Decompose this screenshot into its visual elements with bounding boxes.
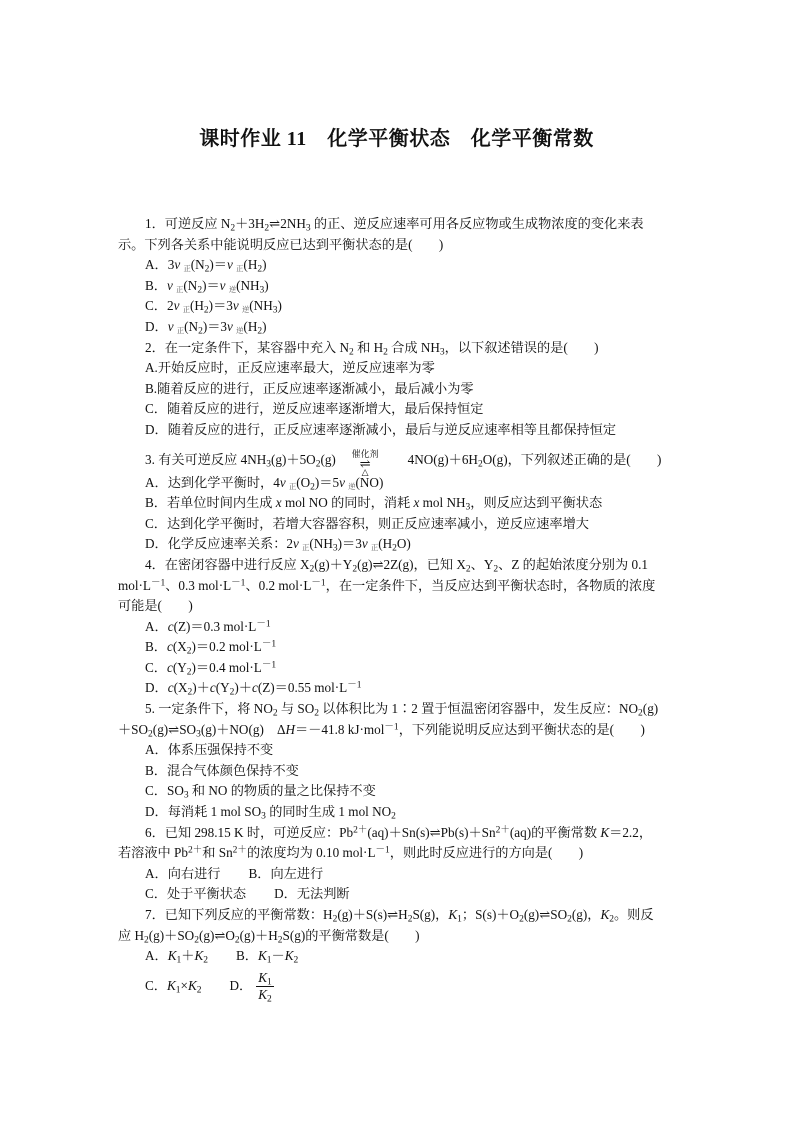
question-7: 7．已知下列反应的平衡常数：H2(g)＋S(s)⇌H2S(g)，K1；S(s)＋…: [118, 905, 678, 1005]
option-row: C．K1×K2D．K1K2: [118, 967, 678, 1005]
option-b[interactable]: B．混合气体颜色保持不变: [118, 761, 678, 782]
question-stem: 3. 有关可逆反应 4NH3(g)＋5O2(g) 催化剂 ⇌ △ 4NO(g)＋…: [118, 447, 678, 473]
option-row: C．处于平衡状态D．无法判断: [118, 884, 678, 905]
option-b[interactable]: B．K1－K2: [236, 948, 298, 963]
question-stem: 4．在密闭容器中进行反应 X2(g)＋Y2(g)⇌2Z(g)，已知 X2、Y2、…: [118, 555, 678, 576]
option-d[interactable]: D．每消耗 1 mol SO3 的同时生成 1 mol NO2: [118, 802, 678, 823]
worksheet-body: 1．可逆反应 N2＋3H2⇌2NH3 的正、逆反应速率可用各反应物或生成物浓度的…: [118, 214, 678, 1005]
question-6: 6．已知 298.15 K 时，可逆反应：Pb2＋(aq)＋Sn(s)⇌Pb(s…: [118, 823, 678, 905]
option-d[interactable]: D．化学反应速率关系：2v 正(NH3)＝3v 正(H2O): [118, 534, 678, 555]
option-c[interactable]: C．2v 正(H2)＝3v 逆(NH3): [118, 296, 678, 317]
option-d-label: D．: [230, 978, 253, 993]
option-d[interactable]: D．v 正(N2)＝3v 逆(H2): [118, 317, 678, 338]
heat-label: △: [339, 459, 391, 485]
question-stem: 可能是( ): [118, 596, 678, 617]
question-stem: 若溶液中 Pb2＋和 Sn2＋的浓度均为 0.10 mol·L－1，则此时反应进…: [118, 843, 678, 864]
option-b[interactable]: B．若单位时间内生成 x mol NO 的同时，消耗 x mol NH3，则反应…: [118, 493, 678, 514]
option-row: A．向右进行B．向左进行: [118, 864, 678, 885]
question-stem: 示。下列各关系中能说明反应已达到平衡状态的是( ): [118, 235, 678, 256]
option-c[interactable]: C．达到化学平衡时，若增大容器容积，则正反应速率减小，逆反应速率增大: [118, 514, 678, 535]
option-c[interactable]: C．SO3 和 NO 的物质的量之比保持不变: [118, 781, 678, 802]
option-c[interactable]: C．K1×K2: [145, 978, 202, 993]
option-c[interactable]: C．处于平衡状态: [145, 886, 246, 901]
fraction-denominator: K2: [256, 987, 274, 1003]
option-d[interactable]: D．随着反应的进行，正反应速率逐渐减小，最后与逆反应速率相等且都保持恒定: [118, 420, 678, 441]
option-d[interactable]: D．c(X2)＋c(Y2)＋c(Z)＝0.55 mol·L－1: [118, 678, 678, 699]
question-2: 2．在一定条件下，某容器中充入 N2 和 H2 合成 NH3，以下叙述错误的是(…: [118, 338, 678, 441]
option-c[interactable]: C．c(Y2)＝0.4 mol·L－1: [118, 658, 678, 679]
option-b[interactable]: B.随着反应的进行，正反应速率逐渐减小，最后减小为零: [118, 379, 678, 400]
question-stem: ＋SO2(g)⇌SO3(g)＋NO(g) ΔH＝－41.8 kJ·mol－1，下…: [118, 720, 678, 741]
question-stem: 应 H2(g)＋SO2(g)⇌O2(g)＋H2S(g)的平衡常数是( ): [118, 926, 678, 947]
fraction-numerator: K1: [256, 970, 274, 987]
question-4: 4．在密闭容器中进行反应 X2(g)＋Y2(g)⇌2Z(g)，已知 X2、Y2、…: [118, 555, 678, 699]
question-stem: 1．可逆反应 N2＋3H2⇌2NH3 的正、逆反应速率可用各反应物或生成物浓度的…: [118, 214, 678, 235]
option-a[interactable]: A．向右进行: [145, 866, 220, 881]
page-title: 课时作业 11 化学平衡状态 化学平衡常数: [0, 122, 793, 151]
option-d[interactable]: D．无法判断: [274, 886, 349, 901]
question-stem: 5. 一定条件下，将 NO2 与 SO2 以体积比为 1∶2 置于恒温密闭容器中…: [118, 699, 678, 720]
catalyst-condition: 催化剂 ⇌ △: [339, 451, 391, 471]
option-b[interactable]: B．v 正(N2)＝v 逆(NH3): [118, 276, 678, 297]
question-stem: mol·L－1、0.3 mol·L－1、0.2 mol·L－1，在一定条件下，当…: [118, 576, 678, 597]
option-b[interactable]: B．向左进行: [248, 866, 323, 881]
question-1: 1．可逆反应 N2＋3H2⇌2NH3 的正、逆反应速率可用各反应物或生成物浓度的…: [118, 214, 678, 338]
equation-right: 4NO(g)＋6H2O(g)，下列叙述正确的是( ): [394, 452, 661, 467]
fraction: K1K2: [256, 970, 274, 1003]
question-stem: 6．已知 298.15 K 时，可逆反应：Pb2＋(aq)＋Sn(s)⇌Pb(s…: [118, 823, 678, 844]
option-b[interactable]: B．c(X2)＝0.2 mol·L－1: [118, 637, 678, 658]
question-stem: 2．在一定条件下，某容器中充入 N2 和 H2 合成 NH3，以下叙述错误的是(…: [118, 338, 678, 359]
equation-left: 3. 有关可逆反应 4NH3(g)＋5O2(g): [145, 452, 336, 467]
option-a[interactable]: A．c(Z)＝0.3 mol·L－1: [118, 617, 678, 638]
option-a[interactable]: A．体系压强保持不变: [118, 740, 678, 761]
option-a[interactable]: A．达到化学平衡时，4v 正(O2)＝5v 逆(NO): [118, 473, 678, 494]
question-5: 5. 一定条件下，将 NO2 与 SO2 以体积比为 1∶2 置于恒温密闭容器中…: [118, 699, 678, 823]
option-c[interactable]: C．随着反应的进行，逆反应速率逐渐增大，最后保持恒定: [118, 399, 678, 420]
question-3: 3. 有关可逆反应 4NH3(g)＋5O2(g) 催化剂 ⇌ △ 4NO(g)＋…: [118, 447, 678, 555]
option-a[interactable]: A.开始反应时，正反应速率最大，逆反应速率为零: [118, 358, 678, 379]
option-a[interactable]: A．K1＋K2: [145, 948, 208, 963]
option-d[interactable]: D．K1K2: [230, 978, 274, 993]
option-a[interactable]: A．3v 正(N2)＝v 正(H2): [118, 255, 678, 276]
option-row: A．K1＋K2B．K1－K2: [118, 946, 678, 967]
question-stem: 7．已知下列反应的平衡常数：H2(g)＋S(s)⇌H2S(g)，K1；S(s)＋…: [118, 905, 678, 926]
